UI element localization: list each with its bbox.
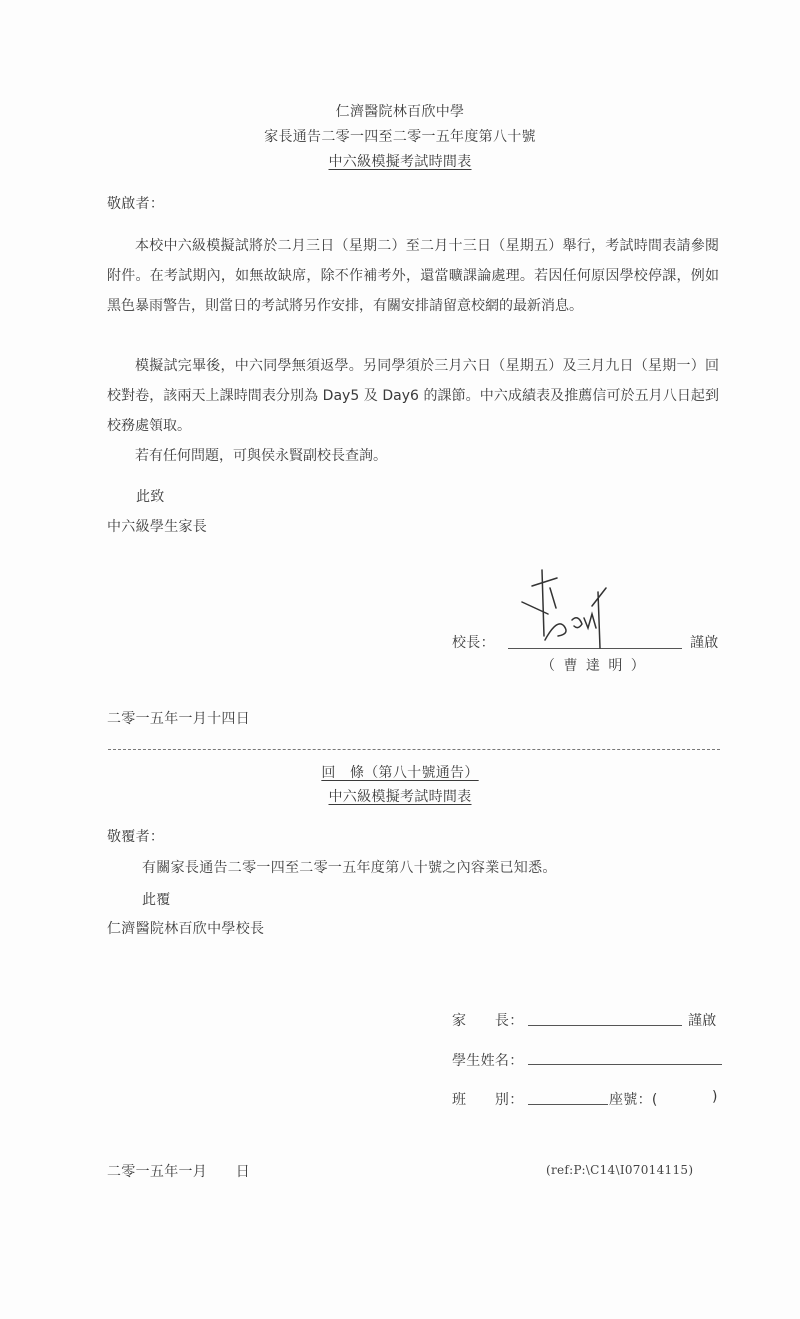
paragraph-3: 若有任何問題，可與侯永賢副校長查詢。	[107, 441, 719, 471]
reply-date: 二零一五年一月 日	[107, 1161, 250, 1181]
notice-number: 家長通告二零一四至二零一五年度第八十號	[0, 126, 800, 146]
student-name-field[interactable]	[528, 1064, 722, 1065]
salutation: 敬啟者：	[107, 193, 164, 213]
reply-slip-title: 回 條（第八十號通告）	[0, 762, 800, 782]
student-name-label: 學生姓名：	[452, 1050, 524, 1070]
reply-body: 有關家長通告二零一四至二零一五年度第八十號之內容業已知悉。	[142, 857, 557, 877]
signature-icon	[512, 548, 632, 658]
reply-salutation: 敬覆者：	[107, 826, 164, 846]
principal-label: 校長：	[452, 632, 495, 652]
seat-number-label: 座號：(	[609, 1089, 658, 1109]
reply-recipient: 仁濟醫院林百欣中學校長	[107, 918, 264, 938]
principal-closing: 謹啟	[690, 632, 719, 652]
principal-name: （ 曹 達 明 ）	[541, 655, 647, 675]
notice-title: 中六級模擬考試時間表	[0, 151, 800, 171]
class-field[interactable]	[528, 1104, 608, 1105]
cut-line-divider	[108, 749, 720, 750]
notice-page: 仁濟醫院林百欣中學 家長通告二零一四至二零一五年度第八十號 中六級模擬考試時間表…	[0, 0, 800, 1319]
paragraph-2: 模擬試完畢後，中六同學無須返學。另同學須於三月六日（星期五）及三月九日（星期一）…	[107, 351, 719, 441]
class-label: 班 別：	[452, 1089, 524, 1109]
reply-slip-subtitle: 中六級模擬考試時間表	[0, 786, 800, 806]
parent-label: 家 長：	[452, 1010, 524, 1030]
reply-slip-title-text: 回 條（第八十號通告）	[321, 765, 478, 781]
reference-code: (ref:P:\C14\I07014115)	[546, 1163, 693, 1177]
recipient: 中六級學生家長	[107, 516, 207, 536]
paragraph-1: 本校中六級模擬試將於二月三日（星期二）至二月十三日（星期五）舉行，考試時間表請參…	[107, 231, 719, 321]
notice-title-text: 中六級模擬考試時間表	[329, 154, 472, 170]
school-name: 仁濟醫院林百欣中學	[0, 101, 800, 121]
parent-closing: 謹啟	[688, 1010, 717, 1030]
notice-date: 二零一五年一月十四日	[107, 708, 250, 728]
reply-slip-subtitle-text: 中六級模擬考試時間表	[329, 789, 472, 805]
reply-closing: 此覆	[142, 889, 171, 909]
closing: 此致	[136, 486, 165, 506]
seat-number-close: )	[712, 1089, 718, 1105]
parent-signature-field[interactable]	[528, 1025, 682, 1026]
